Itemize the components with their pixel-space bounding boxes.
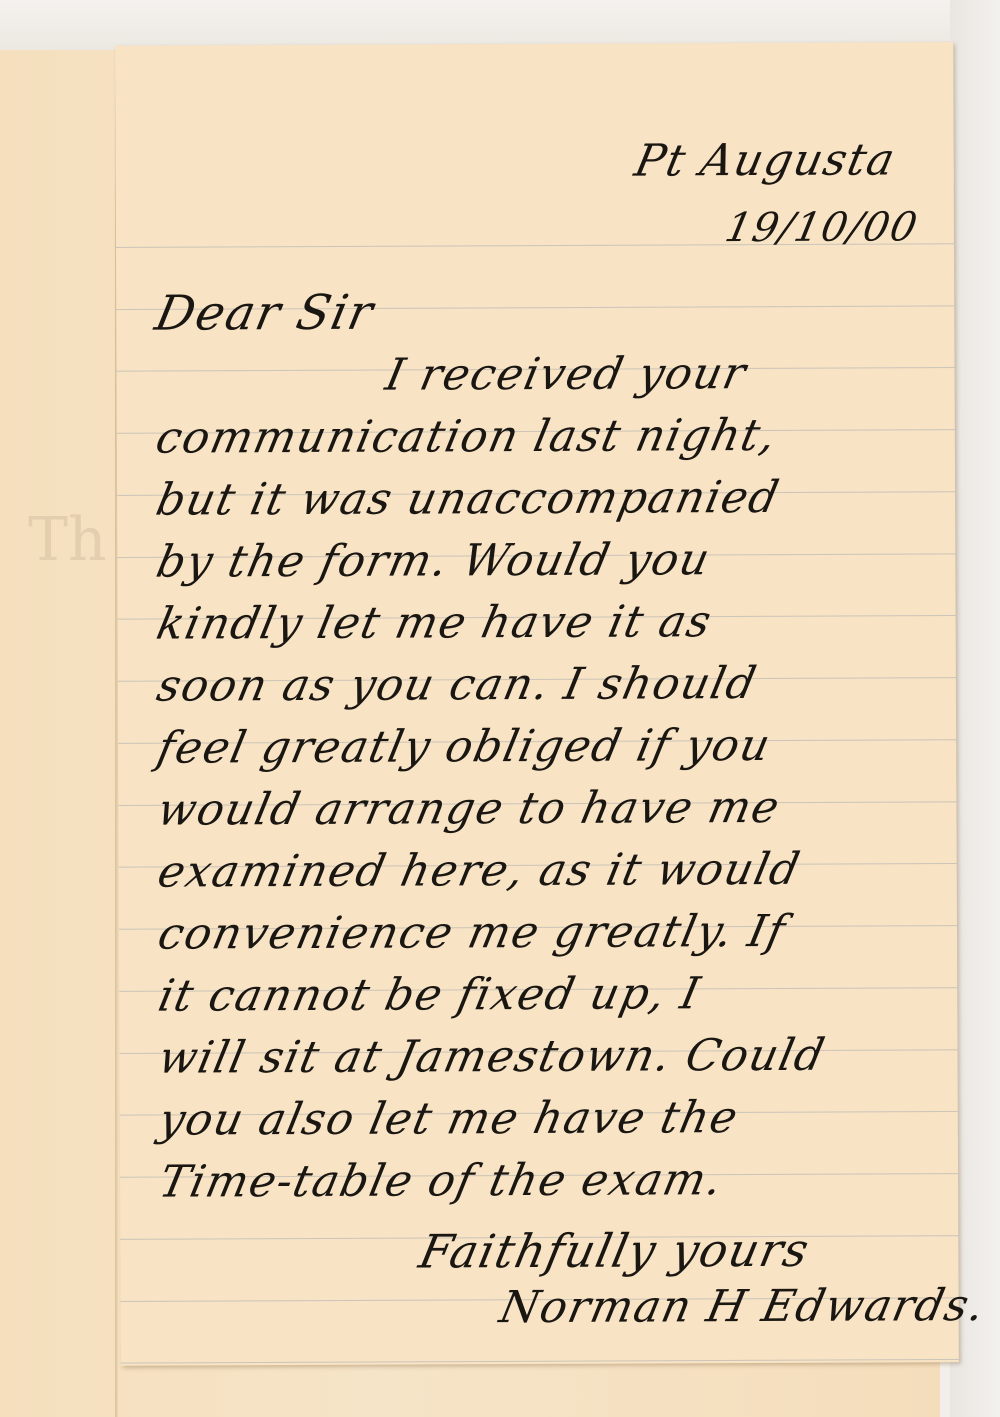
body-line: I received your xyxy=(381,348,751,401)
faded-printed-mark: Th xyxy=(28,505,107,575)
letter-place: Pt Augusta xyxy=(630,134,900,186)
body-line: you also let me have the xyxy=(155,1092,744,1146)
body-line: Time-table of the exam. xyxy=(155,1154,728,1208)
body-line: examined here, as it would xyxy=(153,844,805,898)
body-line: but it was unaccompanied xyxy=(152,472,784,526)
letter-closing: Faithfully yours xyxy=(415,1223,815,1279)
body-line: communication last night, xyxy=(152,410,782,464)
body-line: will sit at Jamestown. Could xyxy=(154,1030,830,1084)
body-line: it cannot be fixed up, I xyxy=(154,968,705,1021)
body-line: feel greatly obliged if you xyxy=(153,720,776,774)
body-line: would arrange to have me xyxy=(153,782,785,836)
letter-salutation: Dear Sir xyxy=(150,285,379,342)
letter-date: 19/10/00 xyxy=(721,204,922,251)
body-line: by the form. Would you xyxy=(152,534,715,587)
body-line: kindly let me have it as xyxy=(152,596,716,649)
letter-signature: Norman H Edwards. xyxy=(495,1280,990,1333)
body-line: soon as you can. I should xyxy=(153,658,762,712)
letter-page: Pt Augusta 19/10/00 Dear Sir I received … xyxy=(115,42,959,1366)
body-line: convenience me greatly. If xyxy=(154,906,791,960)
